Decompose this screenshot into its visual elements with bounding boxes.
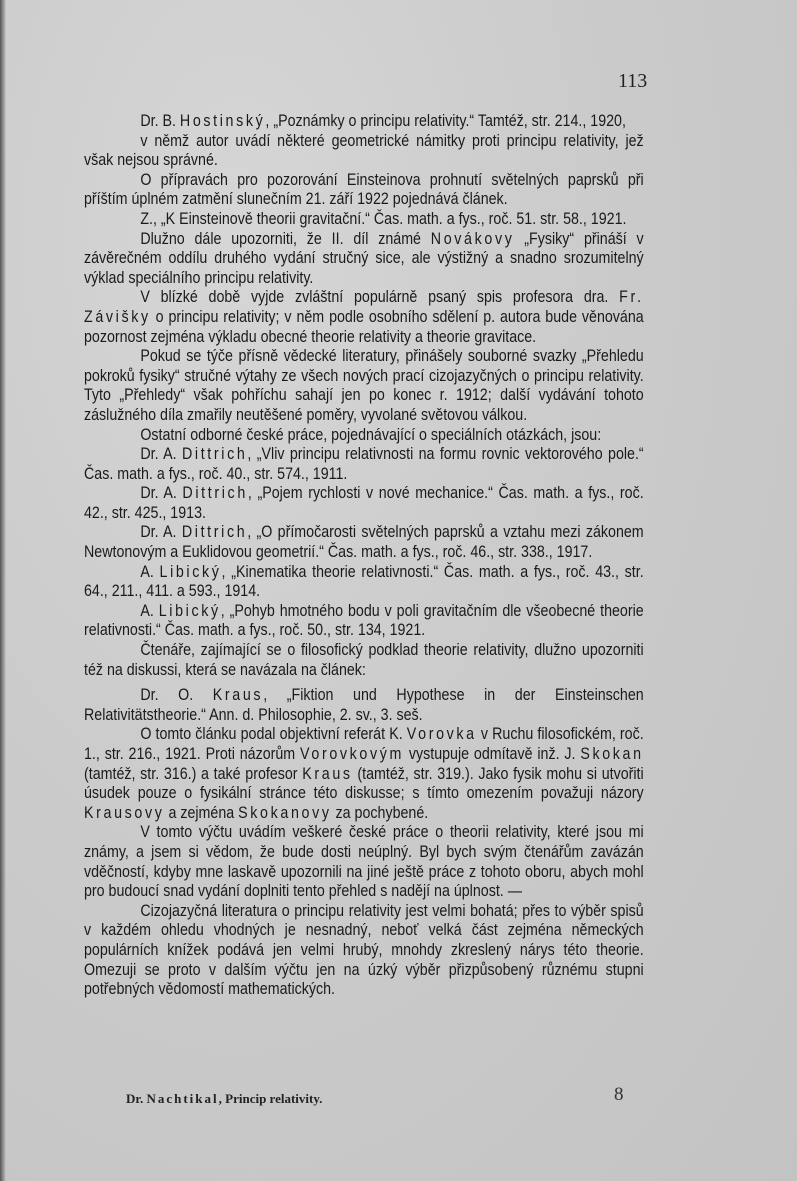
text-run: za pochybené. [332,804,429,822]
text-run: o principu relativity; v něm podle osobn… [84,308,644,346]
page-number: 113 [618,70,647,93]
page-binding-edge [0,0,6,1181]
paragraph: V blízké době vyjde zvláštní populárně p… [84,288,644,347]
author-name: Kraus [213,686,263,704]
text-run: A. [140,602,158,620]
paragraph: Dr. A. Dittrich, „Vliv principu relativn… [84,445,644,484]
text-run: (tamtéž, str. 316.) a také profesor [84,765,302,783]
body-text: Dr. B. Hostinský, „Poznámky o principu r… [84,112,644,1000]
running-footer: Dr. Nachtikal, Princip relativity. [126,1091,686,1107]
author-name: Skokanovy [238,804,331,822]
text-run: O tomto článku podal objektivní referát … [140,725,406,743]
text-run: , „Poznámky o principu relativity.“ Tamt… [265,112,625,130]
author-name: Novákovy [431,230,515,248]
author-name: Libický [160,563,222,581]
text-run: a zejména [165,804,239,822]
text-run: vystupuje odmítavě inž. J. [404,745,580,763]
text-run: Dr. A. [140,445,182,463]
paragraph: V tomto výčtu uvádím veškeré české práce… [84,823,644,901]
footer-prefix: Dr. [126,1091,146,1106]
footer-title: , Princip relativity. [219,1091,323,1106]
paragraph: Dr. O. Kraus, „Fiktion und Hypothese in … [84,686,644,725]
paragraph: Pokud se týče přísně vědecké literatury,… [84,347,644,425]
text-run: Dr. A. [140,484,182,502]
paragraph: O přípravách pro pozorování Einsteinova … [84,171,644,210]
text-run: O přípravách pro pozorování Einsteinova … [84,171,644,209]
footer-author: Nachtikal [146,1091,218,1106]
paragraph: Dr. A. Dittrich, „O přímočarosti světeln… [84,523,644,562]
paragraph: Cizojazyčná literatura o principu relati… [84,902,644,1000]
paragraph: v němž autor uvádí některé geometrické n… [84,132,644,171]
text-run: Ostatní odborné české práce, pojednávají… [140,426,601,444]
author-name: Hostinský [180,112,266,130]
author-name: Libický [159,602,221,620]
text-run: A. [140,563,159,581]
author-name: Dittrich [182,445,247,463]
text-run: Dlužno dále upozorniti, že II. díl známé [140,230,430,248]
paragraph: Z., „K Einsteinově theorii gravitační.“ … [84,210,644,230]
text-run: Dr. O. [140,686,212,704]
author-name: Krausovy [84,804,165,822]
text-run: Dr. B. [140,112,180,130]
author-name: Skokan [580,745,643,763]
text-run: Dr. A. [140,523,182,541]
signature-mark: 8 [614,1084,624,1106]
paragraph: A. Libický, „Pohyb hmotného bodu v poli … [84,602,644,641]
paragraph: Ostatní odborné české práce, pojednávají… [84,426,644,446]
paragraph: Čtenáře, zajímající se o filosofický pod… [84,641,644,680]
author-name: Kraus [302,765,352,783]
text-run: Pokud se týče přísně vědecké literatury,… [84,347,644,424]
text-run: Z., „K Einsteinově theorii gravitační.“ … [140,210,626,228]
text-run: v němž autor uvádí některé geometrické n… [84,132,644,170]
paragraph: O tomto článku podal objektivní referát … [84,725,644,823]
text-run: Cizojazyčná literatura o principu relati… [84,902,644,998]
paragraph: Dr. B. Hostinský, „Poznámky o principu r… [84,112,644,132]
author-name: Dittrich [182,523,247,541]
text-run: Čtenáře, zajímající se o filosofický pod… [84,641,644,679]
author-name: Dittrich [182,484,247,502]
paragraph: Dlužno dále upozorniti, že II. díl známé… [84,230,644,289]
paragraph: A. Libický, „Kinematika theorie relativn… [84,563,644,602]
author-name: Vorovkovým [300,745,404,763]
text-run: V blízké době vyjde zvláštní populárně p… [140,288,619,306]
paragraph: Dr. A. Dittrich, „Pojem rychlosti v nové… [84,484,644,523]
text-run: V tomto výčtu uvádím veškeré české práce… [84,823,644,900]
author-name: Vorovka [407,725,477,743]
